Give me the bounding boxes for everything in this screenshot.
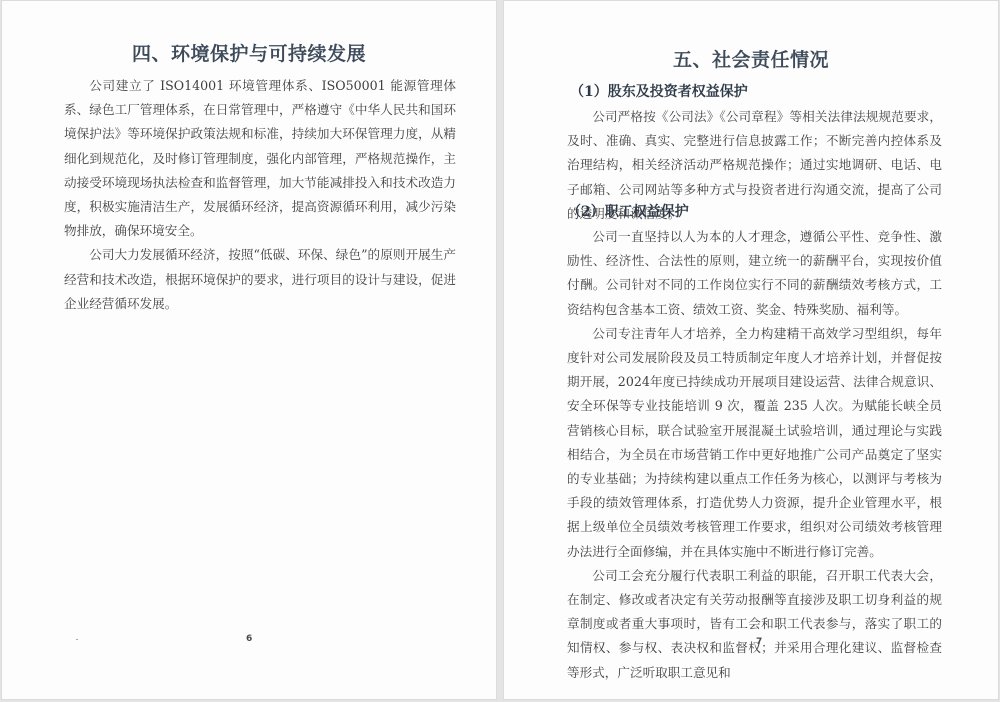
paragraph: 公司工会充分履行代表职工利益的职能，召开职工代表大会，在制定、修改或者决定有关劳… [567, 564, 942, 685]
paragraph: 公司专注青年人才培养，全力构建精干高效学习型组织，每年度针对公司发展阶段及员工特… [567, 322, 942, 564]
document-page-left: 四、环境保护与可持续发展 公司建立了 ISO14001 环境管理体系、ISO50… [1, 0, 497, 700]
paragraph: 公司大力发展循环经济，按照“低碳、环保、绿色”的原则开展生产经营和技术改造，根据… [64, 243, 456, 316]
page-number: 7 [756, 637, 762, 647]
scan-speck [76, 639, 78, 640]
page-title: 五、社会责任情况 [504, 45, 998, 72]
section-body: 公司一直坚持以人为本的人才理念，遵循公平性、竞争性、激励性、经济性、合法性的原则… [567, 225, 942, 685]
paragraph: 公司建立了 ISO14001 环境管理体系、ISO50001 能源管理体系、绿色… [64, 74, 456, 243]
page-number: 6 [246, 634, 252, 644]
section-heading: （2）职工权益保护 [567, 201, 689, 221]
paragraph: 公司一直坚持以人为本的人才理念，遵循公平性、竞争性、激励性、经济性、合法性的原则… [567, 225, 942, 322]
document-page-right: 五、社会责任情况 （1）股东及投资者权益保护 公司严格按《公司法》《公司章程》等… [503, 0, 999, 700]
page-title: 四、环境保护与可持续发展 [2, 39, 496, 66]
page-body: 公司建立了 ISO14001 环境管理体系、ISO50001 能源管理体系、绿色… [64, 74, 456, 316]
section-heading: （1）股东及投资者权益保护 [570, 81, 748, 101]
scan-speck [584, 641, 586, 642]
